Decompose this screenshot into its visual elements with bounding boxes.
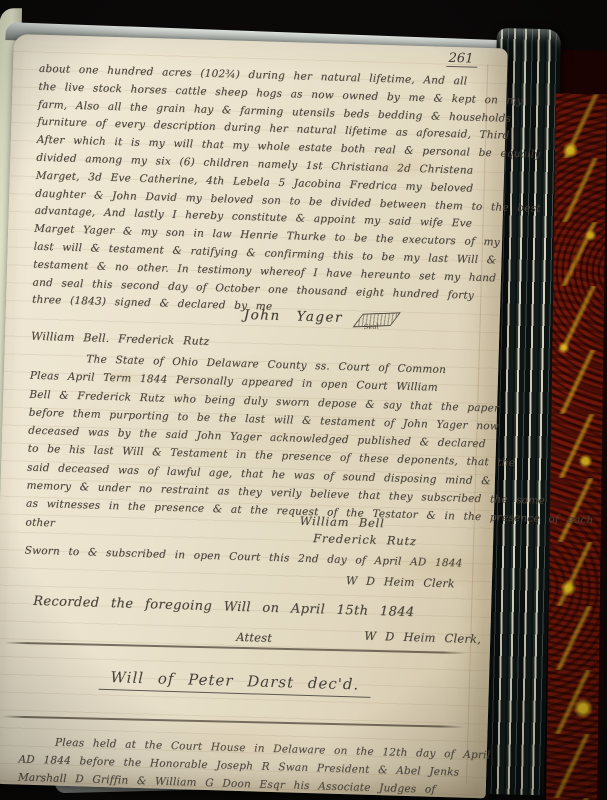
manuscript-book-photo: 261 about one hundred acres (102¾) durin… <box>0 0 607 800</box>
will-body: about one hundred acres (102¾) during he… <box>32 61 491 323</box>
testator-signature: John Yager <box>243 307 343 328</box>
testator-signature-row: John Yager Seal <box>243 307 395 329</box>
section-divider-rule <box>2 716 464 728</box>
marbled-book-cover <box>546 94 607 800</box>
wax-seal-mark: Seal <box>353 312 401 327</box>
witness-names-line: William Bell. Frederick Rutz <box>31 328 210 351</box>
section-heading: Will of Peter Darst dec'd. <box>98 668 371 698</box>
page-number: 261 <box>446 51 477 68</box>
clerk-signature: W D Heim Clerk, <box>364 628 481 649</box>
seal-label: Seal <box>363 322 379 333</box>
section-heading-row: Will of Peter Darst dec'd. <box>35 665 436 700</box>
witness-signatures: William Bell Frederick Rutz <box>299 513 418 550</box>
recording-statement-line: Recorded the foregoing Will on April 15t… <box>33 593 415 622</box>
clerk-signature: W D Heim Clerk <box>346 572 455 593</box>
attest-label: Attest <box>236 629 272 648</box>
witness-signature: Frederick Rutz <box>313 530 417 550</box>
manuscript-page: 261 about one hundred acres (102¾) durin… <box>0 34 508 798</box>
